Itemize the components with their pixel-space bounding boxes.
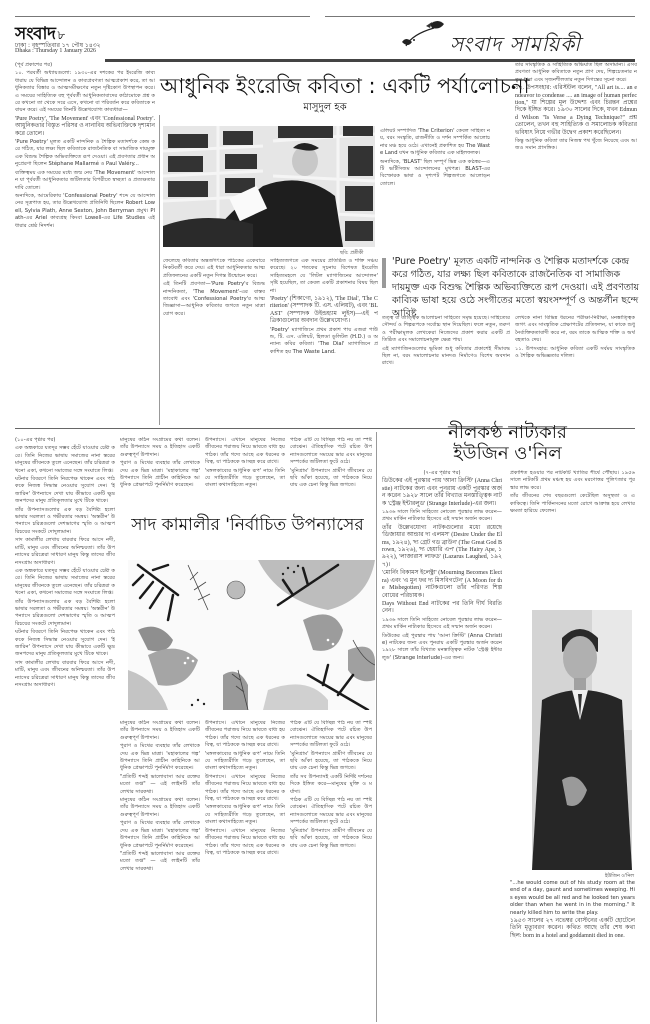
article1-column-7: তার সাংস্কৃতিক ও সাহিত্যিক অভিঘাত ছিল অস… <box>515 62 637 242</box>
masthead-top-rule-right <box>325 16 635 17</box>
botanical-pattern-illustration <box>128 560 375 710</box>
article1-byline: মাসুদুল হক <box>160 100 490 117</box>
continued-note: (৭-এর পৃষ্ঠার পর) <box>382 470 502 477</box>
continued-note: (পূর্ব প্রকাশের পর) <box>15 62 155 69</box>
article1-column-4: এলিয়ট সম্পাদিত 'The Criterion' কেবল সাহ… <box>380 128 490 238</box>
article2-column-1: (১০-এর পৃষ্ঠার পর) এক অন্ধকারে যতদূর সম্… <box>15 437 115 1017</box>
article2-column-2-top: মানুষের কঠিন সংগ্রামের কথা বলেন। তাঁর উপ… <box>120 437 200 502</box>
article2-column-3-top: উপন্যাসে। এখানে মানুষের নিজের জীবনের পরা… <box>205 437 285 502</box>
article1-column-3: সাহিত্যজগতে এক সময়ের প্রতিষ্ঠিত ও শক্তি… <box>270 258 378 423</box>
eugene-oneill-portrait <box>532 610 632 870</box>
article3-column-2-top: প্রকাশিত হওয়ার পর নাটকটি খ্যাতির শীর্ষে… <box>510 470 635 605</box>
article1-pull-quote: 'Pure Poetry' মূলত একটি নান্দনিক ও শৈল্প… <box>392 255 642 310</box>
article2-column-4: পাঠক এটি যে বিচ্ছিন্ন পাঠ নয় তা স্পষ্ট … <box>290 720 372 1020</box>
article1-photo <box>163 126 375 247</box>
article2-column-4-top: পাঠক এটি যে বিচ্ছিন্ন পাঠ নয় তা স্পষ্ট … <box>290 437 372 502</box>
continued-note: (১০-এর পৃষ্ঠার পর) <box>15 437 115 444</box>
article2-column-3: উপন্যাসে। এখানে মানুষের নিজের জীবনের পরা… <box>205 720 285 1020</box>
date-english: Dhaka : Thursday 1 January 2026 <box>15 48 96 54</box>
masthead-top-rule-left <box>15 16 310 17</box>
article1-column-6: লেখকে নানা বিভিন্ন ধরনের পরীক্ষা-নিরীক্ষ… <box>515 315 635 423</box>
pull-quote-bar <box>382 258 386 288</box>
article1-column-5: তত্ত্ব বা তাত্ত্বিক আলোচনা সাহিত্যে সমৃদ… <box>382 315 510 423</box>
man-reading-photo <box>163 126 375 247</box>
article3-column-1: (৭-এর পৃষ্ঠার পর) ডিউকের এই পুরস্কার পায… <box>382 470 502 1020</box>
article3-headline: নীলকণ্ঠ নাট্যকার ইউজিন ও'নিল <box>380 422 635 464</box>
portrait-photo <box>532 610 632 870</box>
article3-column-2: "...he would come out of his study room … <box>510 880 635 1020</box>
article1-column-2: ফেলেছে কবিতার অন্তর্জগৎকে পাঠকের একেবারে… <box>163 258 265 423</box>
article1-photo-caption: ছবি: প্রতীকী <box>340 250 363 258</box>
article2-column-2: মানুষের কঠিন সংগ্রামের কথা বলেন। তাঁর উপ… <box>120 720 200 1020</box>
column-divider <box>376 432 377 1022</box>
column-divider <box>159 115 160 425</box>
article2-headline: সাদ কামালীর 'নির্বাচিত উপন্যাসের <box>120 512 375 540</box>
article1-column-1: (পূর্ব প্রকাশের পর) ১০. পরবর্তী অধ্যায়গ… <box>15 62 155 420</box>
article2-illustration <box>128 560 375 710</box>
